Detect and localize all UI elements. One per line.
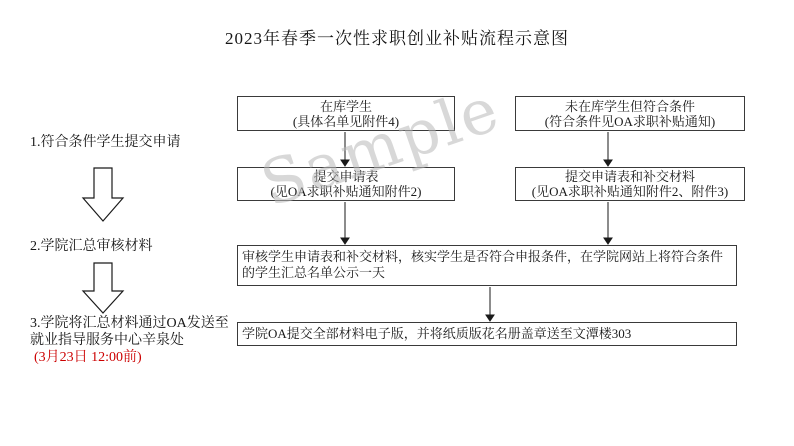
box-submit-application: 提交申请表 (见OA求职补贴通知附件2)	[237, 167, 455, 201]
step-label-2: 2.学院汇总审核材料	[30, 238, 238, 255]
arrow-notinlibrary-to-submit	[604, 132, 612, 166]
deadline-text: (3月23日 12:00前)	[30, 349, 238, 366]
step-3-text: 3.学院将汇总材料通过OA发送至就业指导服务中心辛泉处	[30, 316, 229, 348]
block-arrow-step1-to-step2	[83, 168, 123, 221]
block-arrow-step2-to-step3	[83, 263, 123, 313]
arrow-submit-to-review-right	[604, 202, 612, 244]
arrow-review-to-oa	[486, 287, 494, 321]
arrow-submit-to-review-left	[341, 202, 349, 244]
box-in-library-note: (具体名单见附件4)	[238, 114, 454, 129]
box-submit-application-title: 提交申请表	[238, 169, 454, 184]
flow-arrows	[0, 0, 794, 446]
box-submit-application-materials-title: 提交申请表和补交材料	[516, 169, 744, 184]
box-not-in-library-title: 未在库学生但符合条件	[516, 99, 744, 114]
box-oa-submit: 学院OA提交全部材料电子版，并将纸质版花名册盖章送至文潭楼303	[237, 322, 737, 346]
box-not-in-library: 未在库学生但符合条件 (符合条件见OA求职补贴通知)	[515, 96, 745, 131]
arrow-inlibrary-to-submit	[341, 132, 349, 166]
flowchart-page: 2023年春季一次性求职创业补贴流程示意图 1.符合条件学生提交申请 2.学院汇…	[0, 0, 794, 446]
box-submit-application-materials-note: (见OA求职补贴通知附件2、附件3)	[516, 184, 744, 199]
box-submit-application-materials: 提交申请表和补交材料 (见OA求职补贴通知附件2、附件3)	[515, 167, 745, 201]
box-in-library: 在库学生 (具体名单见附件4)	[237, 96, 455, 131]
page-title: 2023年春季一次性求职创业补贴流程示意图	[0, 24, 794, 49]
box-submit-application-note: (见OA求职补贴通知附件2)	[238, 184, 454, 199]
box-in-library-title: 在库学生	[238, 99, 454, 114]
box-not-in-library-note: (符合条件见OA求职补贴通知)	[516, 114, 744, 129]
box-review: 审核学生申请表和补交材料，核实学生是否符合申报条件，在学院网站上将符合条件的学生…	[237, 245, 737, 286]
step-label-1: 1.符合条件学生提交申请	[30, 134, 238, 151]
step-label-3: 3.学院将汇总材料通过OA发送至就业指导服务中心辛泉处 (3月23日 12:00…	[30, 315, 238, 366]
